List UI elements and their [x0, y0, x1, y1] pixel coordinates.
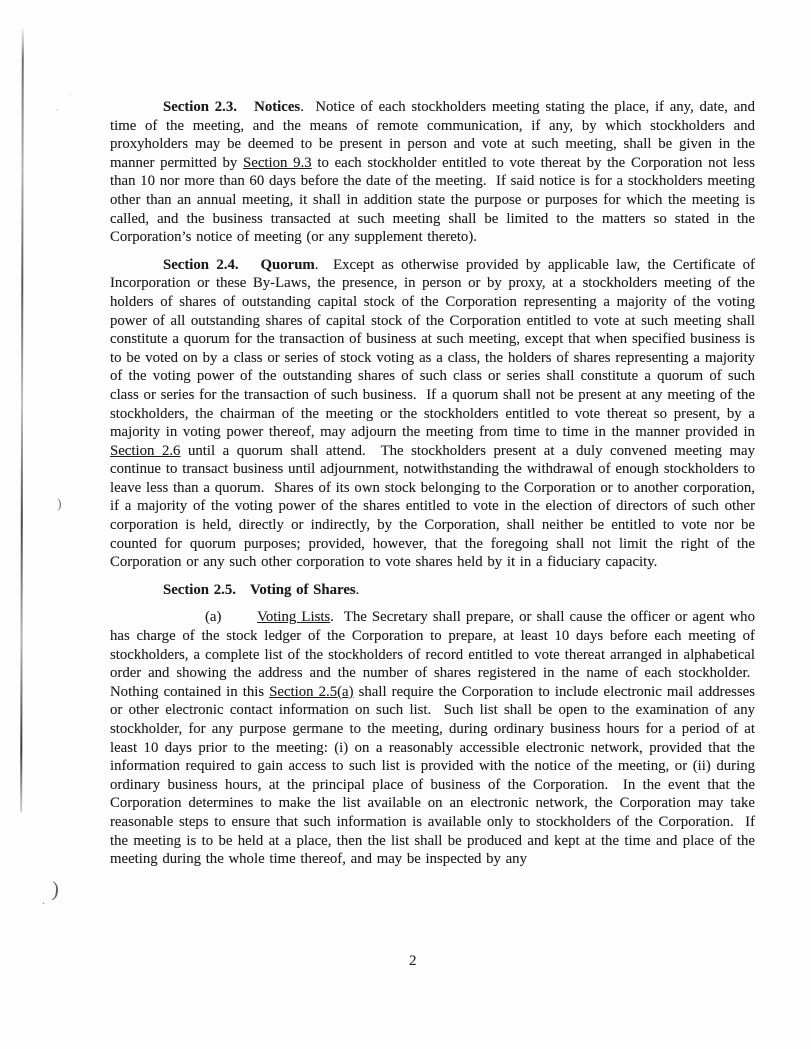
- document-body: Section 2.3. Notices. Notice of each sto…: [110, 98, 755, 878]
- stray-mark-paren: ): [57, 497, 62, 513]
- page-number: 2: [409, 953, 417, 970]
- body-text: [236, 582, 250, 598]
- stray-mark-paren-2: ): [51, 877, 60, 902]
- body-text: . Except as otherwise provided by applic…: [110, 257, 755, 440]
- stray-speckle-2: ·: [69, 90, 72, 99]
- stray-speckle: ·: [52, 105, 62, 116]
- underlined-reference: Voting Lists: [257, 609, 330, 625]
- body-text: until a quorum shall attend. The stockho…: [110, 443, 755, 571]
- paragraph-section-2-3-notices: Section 2.3. Notices. Notice of each sto…: [110, 98, 755, 247]
- body-text: [237, 99, 254, 115]
- paragraph-section-2-4-quorum: Section 2.4. Quorum. Except as otherwise…: [110, 256, 755, 572]
- body-text: [239, 257, 261, 273]
- body-text: (a): [205, 609, 221, 625]
- underlined-reference: Section 2.6: [110, 443, 180, 459]
- bold-text: Voting of Shares: [250, 582, 356, 598]
- scan-line-artifact: [20, 28, 24, 812]
- underlined-reference: Section 2.5(a): [269, 684, 353, 700]
- bold-text: Section 2.4.: [163, 257, 239, 273]
- body-text: [221, 609, 257, 625]
- stray-mark-dot: .: [42, 893, 45, 908]
- bold-text: Section 2.3.: [163, 99, 237, 115]
- body-text: .: [356, 582, 360, 598]
- body-text: shall require the Corporation to include…: [110, 684, 755, 867]
- document-page: ) . ) · · Section 2.3. Notices. Notice o…: [0, 0, 811, 1049]
- heading-section-2-5-voting-of-shares: Section 2.5. Voting of Shares.: [110, 581, 755, 600]
- bold-text: Section 2.5.: [163, 582, 236, 598]
- underlined-reference: Section 9.3: [243, 155, 312, 171]
- bold-text: Notices: [254, 99, 300, 115]
- bold-text: Quorum: [261, 257, 315, 273]
- paragraph-section-2-5a-voting-lists: (a) Voting Lists. The Secretary shall pr…: [110, 608, 755, 868]
